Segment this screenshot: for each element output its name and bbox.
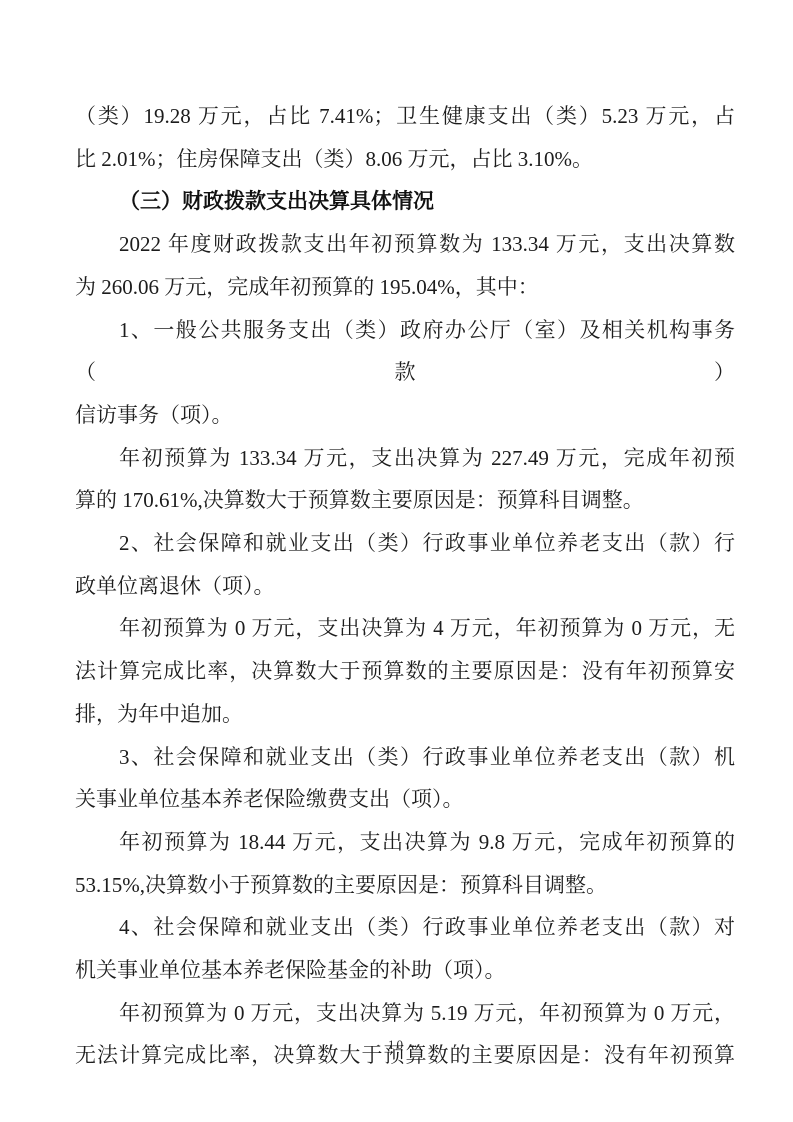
- paragraph: 2、社会保障和就业支出（类）行政事业单位养老支出（款）行 政单位离退休（项）。: [75, 522, 735, 607]
- text-line: 信访事务（项）。: [75, 394, 735, 437]
- text-line: 3、社会保障和就业支出（类）行政事业单位养老支出（款）机: [75, 736, 735, 779]
- text-line: 机关事业单位基本养老保险基金的补助（项）。: [75, 949, 735, 992]
- section-heading: （三）财政拨款支出决算具体情况: [75, 180, 735, 223]
- text-line: 年初预算为 0 万元，支出决算为 4 万元，年初预算为 0 万元，无: [75, 607, 735, 650]
- text-line: 法计算完成比率，决算数大于预算数的主要原因是：没有年初预算安: [75, 650, 735, 693]
- document-body: （类）19.28 万元，占比 7.41%；卫生健康支出（类）5.23 万元，占 …: [75, 95, 735, 1077]
- paragraph: （三）财政拨款支出决算具体情况: [75, 180, 735, 223]
- text-line: （类）19.28 万元，占比 7.41%；卫生健康支出（类）5.23 万元，占: [75, 95, 735, 138]
- paragraph: 年初预算为 133.34 万元，支出决算为 227.49 万元，完成年初预 算的…: [75, 437, 735, 522]
- page-number: - 10 -: [0, 1036, 793, 1054]
- paragraph: 年初预算为 0 万元，支出决算为 4 万元，年初预算为 0 万元，无 法计算完成…: [75, 607, 735, 735]
- text-line: 算的 170.61%,决算数大于预算数主要原因是：预算科目调整。: [75, 479, 735, 522]
- paragraph: 4、社会保障和就业支出（类）行政事业单位养老支出（款）对 机关事业单位基本养老保…: [75, 906, 735, 991]
- text-line: 2022 年度财政拨款支出年初预算数为 133.34 万元，支出决算数: [75, 223, 735, 266]
- text-line: 53.15%,决算数小于预算数的主要原因是：预算科目调整。: [75, 864, 735, 907]
- text-line: 排，为年中追加。: [75, 693, 735, 736]
- text-line: 2、社会保障和就业支出（类）行政事业单位养老支出（款）行: [75, 522, 735, 565]
- paragraph: 2022 年度财政拨款支出年初预算数为 133.34 万元，支出决算数 为 26…: [75, 223, 735, 308]
- text-line: 年初预算为 18.44 万元，支出决算为 9.8 万元，完成年初预算的: [75, 821, 735, 864]
- paragraph: 年初预算为 0 万元，支出决算为 5.19 万元，年初预算为 0 万元， 无法计…: [75, 992, 735, 1077]
- document-page: （类）19.28 万元，占比 7.41%；卫生健康支出（类）5.23 万元，占 …: [0, 0, 793, 1122]
- text-line: 年初预算为 0 万元，支出决算为 5.19 万元，年初预算为 0 万元，: [75, 992, 735, 1035]
- text-line: 4、社会保障和就业支出（类）行政事业单位养老支出（款）对: [75, 906, 735, 949]
- text-line: 年初预算为 133.34 万元，支出决算为 227.49 万元，完成年初预: [75, 437, 735, 480]
- paragraph: 年初预算为 18.44 万元，支出决算为 9.8 万元，完成年初预算的 53.1…: [75, 821, 735, 906]
- paragraph: 3、社会保障和就业支出（类）行政事业单位养老支出（款）机 关事业单位基本养老保险…: [75, 736, 735, 821]
- text-line: 政单位离退休（项）。: [75, 565, 735, 608]
- text-line: 为 260.06 万元，完成年初预算的 195.04%，其中：: [75, 266, 735, 309]
- text-line: 关事业单位基本养老保险缴费支出（项）。: [75, 778, 735, 821]
- paragraph: 1、一般公共服务支出（类）政府办公厅（室）及相关机构事务（款） 信访事务（项）。: [75, 309, 735, 437]
- text-line: 1、一般公共服务支出（类）政府办公厅（室）及相关机构事务（款）: [75, 309, 735, 394]
- text-line: 比 2.01%；住房保障支出（类）8.06 万元，占比 3.10%。: [75, 138, 735, 181]
- paragraph: （类）19.28 万元，占比 7.41%；卫生健康支出（类）5.23 万元，占 …: [75, 95, 735, 180]
